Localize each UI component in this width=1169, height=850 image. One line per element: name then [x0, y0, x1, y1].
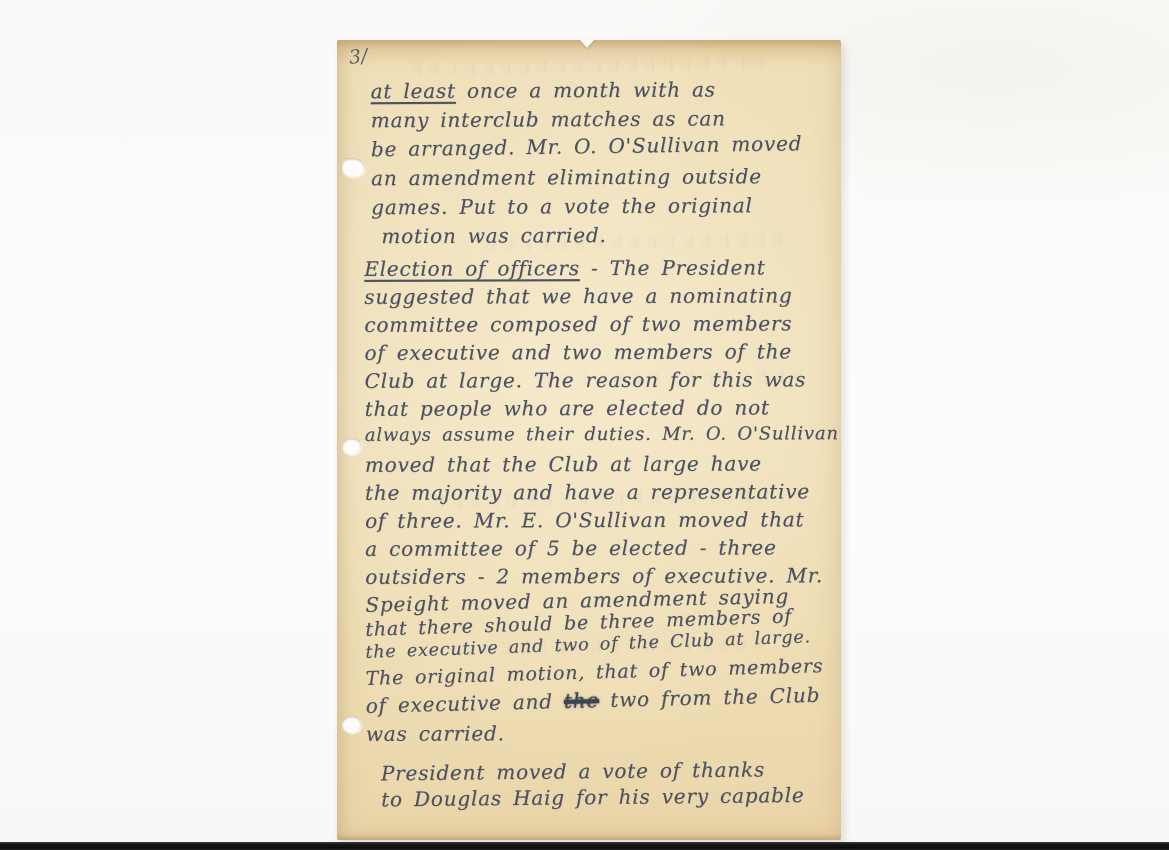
handwritten-line: Election of officers - The President — [364, 255, 832, 285]
struck-word: the — [564, 688, 600, 713]
handwritten-line: be arranged. Mr. O. O'Sullivan moved — [371, 131, 833, 166]
underlined-phrase: at least — [371, 79, 456, 103]
handwritten-line: suggested that we have a nominating — [364, 283, 832, 313]
hole-punch — [342, 716, 361, 733]
handwritten-line: always assume their duties. Mr. O. O'Sul… — [365, 423, 833, 453]
handwritten-line: committee composed of two members — [364, 311, 832, 341]
hole-punch — [342, 438, 361, 455]
paragraph-vote-of-thanks: President moved a vote of thanks to Doug… — [381, 757, 834, 814]
paper-bottom-edge-shading — [337, 834, 841, 840]
paragraph-election-of-officers: Election of officers - The President sug… — [364, 255, 834, 750]
torn-notch — [579, 40, 595, 48]
handwritten-line: motion was carried. — [381, 222, 833, 253]
handwritten-line: to Douglas Haig for his very capable — [381, 783, 833, 814]
handwritten-line: at least once a month with as — [371, 77, 833, 108]
line-text: of executive and — [365, 689, 564, 718]
handwritten-line: moved that the Club at large have — [365, 451, 833, 481]
line-text: two from the Club — [599, 683, 821, 712]
line-text: once a month with as — [456, 77, 716, 102]
handwritten-line: was carried. — [366, 720, 834, 750]
page-number: 3/ — [348, 45, 369, 69]
line-text: - The President — [580, 255, 766, 280]
ink-showthrough — [407, 57, 767, 76]
handwritten-line: an amendment eliminating outside — [371, 164, 833, 195]
handwritten-line: Club at large. The reason for this was — [365, 367, 833, 397]
section-heading: Election of officers — [364, 256, 580, 281]
scanner-edge-bar — [0, 842, 1169, 850]
scanned-page: 3/ at least once a month with as many in… — [337, 40, 841, 840]
scanner-background: 3/ at least once a month with as many in… — [0, 0, 1169, 850]
handwritten-line: the majority and have a representative — [365, 479, 833, 509]
handwritten-line: games. Put to a vote the original — [371, 193, 833, 224]
handwritten-line: a committee of 5 be elected - three — [365, 535, 833, 565]
hole-punch — [342, 158, 365, 177]
handwritten-line: that people who are elected do not — [365, 395, 833, 425]
handwritten-line: of three. Mr. E. O'Sullivan moved that — [365, 507, 833, 537]
paragraph-interclub-matches: at least once a month with as many inter… — [371, 77, 834, 253]
handwritten-line: of executive and two members of the — [364, 339, 832, 369]
